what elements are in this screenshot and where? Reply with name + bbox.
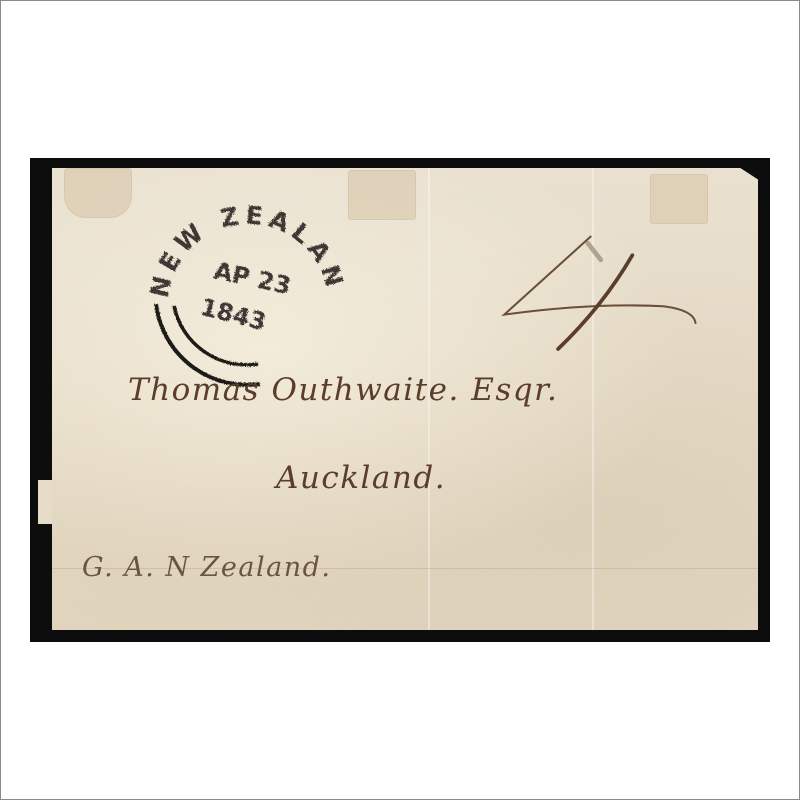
destination-town: Auckland.	[276, 460, 446, 496]
svg-text:AP 23: AP 23	[211, 257, 293, 301]
mount-hinge	[348, 170, 416, 220]
addressee-name: Thomas Outhwaite. Esqr.	[128, 372, 558, 408]
new-zealand-postmark: NEW ZEALAND AP 23 1843	[140, 186, 350, 396]
mount-hinge	[64, 168, 132, 218]
manuscript-rate-4: 4	[488, 232, 708, 362]
svg-text:1843: 1843	[197, 293, 269, 336]
mount-hinge	[650, 174, 708, 224]
cover-flap-edge	[38, 480, 54, 524]
routing-endorsement: G. A. N Zealand.	[82, 552, 331, 583]
